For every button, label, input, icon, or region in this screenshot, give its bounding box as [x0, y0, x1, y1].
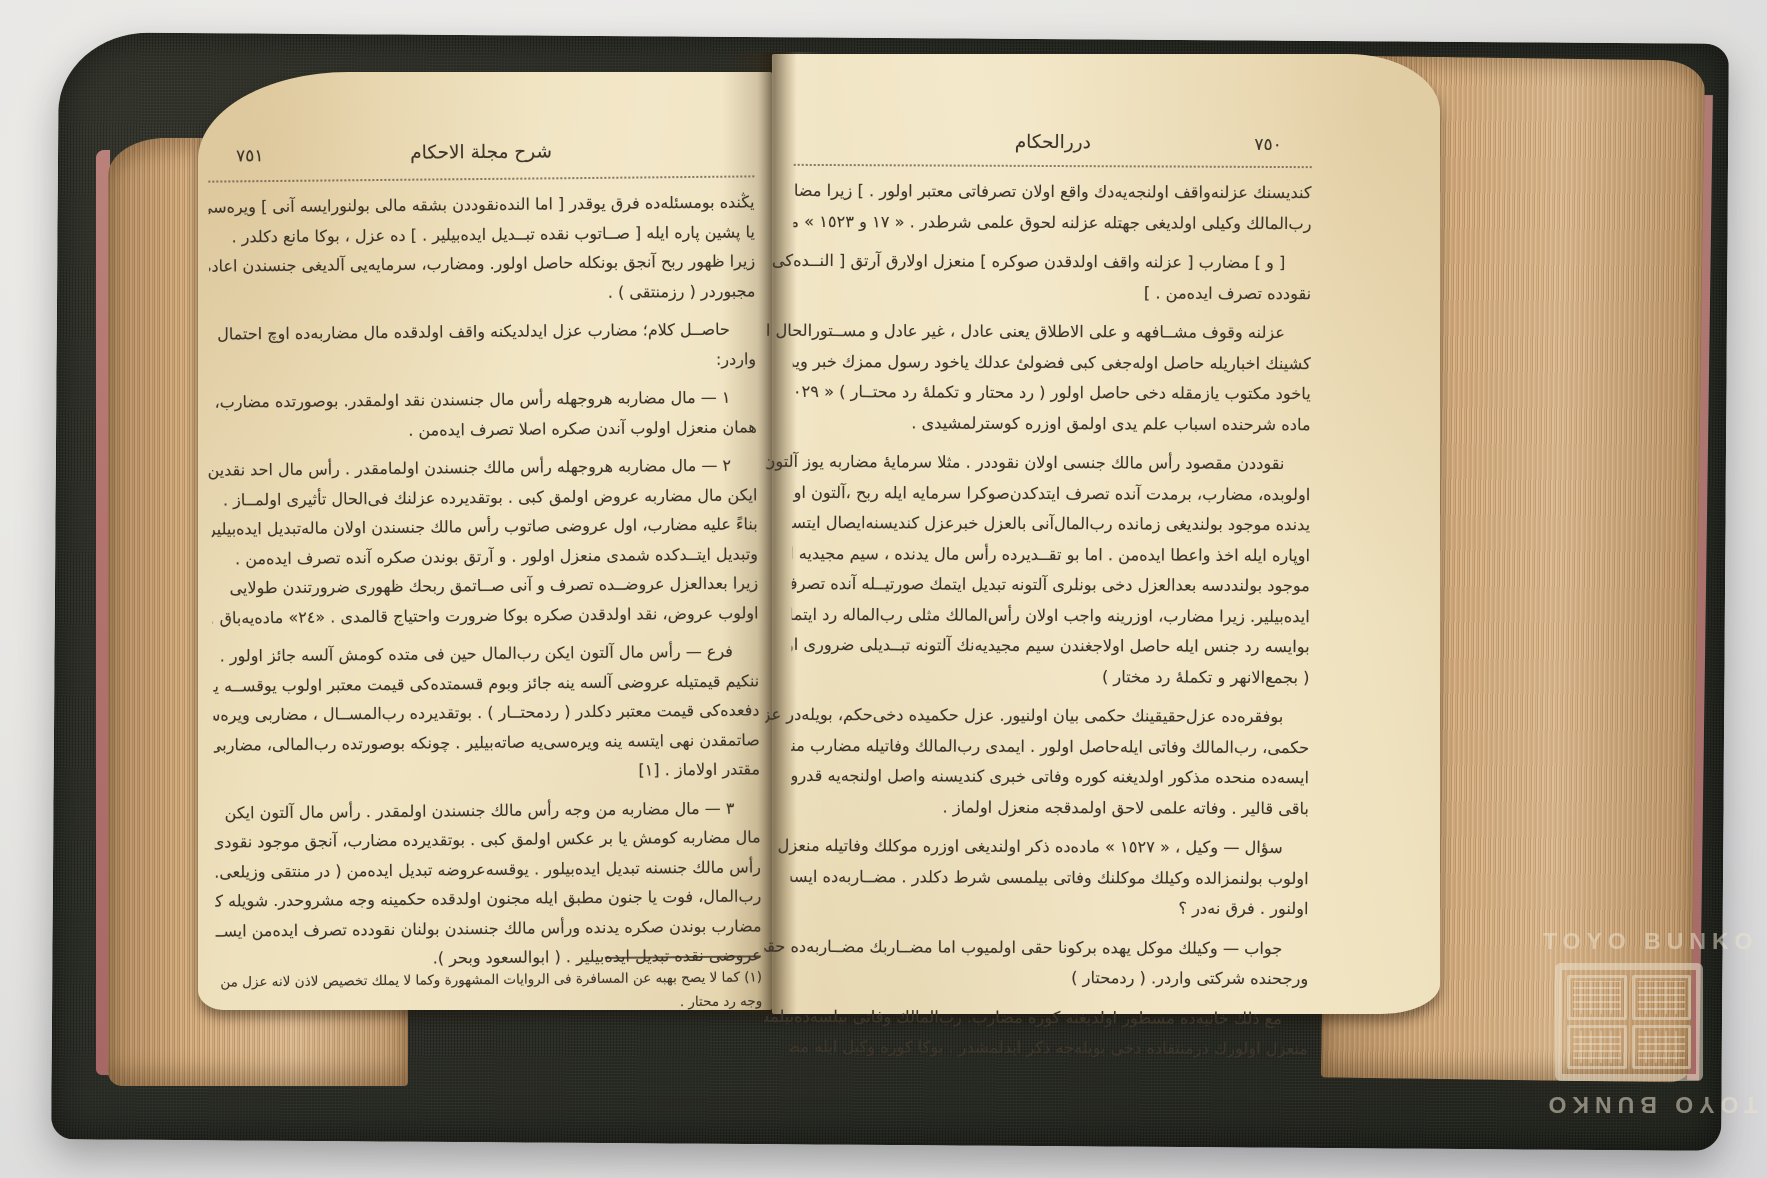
seal-char-3	[1567, 975, 1627, 1020]
right-page-text-line: ياخود مكتوب يازمقله دخى حاصل اولور ( رد …	[793, 377, 1311, 410]
right-page-text-line: اولوب بولنمزالده وكيلك موكلنك وفاتى بيلم…	[791, 861, 1309, 894]
right-page-text-line: جواب — وكيلك موكل يهده بركونا حقى اولميو…	[764, 931, 1308, 964]
left-page-text-line: ١ — مال مضاربه هروجهله رأس مال جنسندن نق…	[184, 382, 756, 417]
right-page-body: كنديسنك عزلنه‌واقف اولنجه‌يه‌دك واقع اول…	[790, 176, 1312, 1065]
right-page-text-line: كشينك اخباريله حاصل اوله‌جغى كبى فضولىٔ …	[793, 346, 1311, 379]
right-page-text-line: ماده شرحنده اسباب علم يدى اولمق اوزره كو…	[793, 407, 1311, 440]
seal-char-1	[1632, 975, 1692, 1020]
left-page-text-line: اولوب عروض، نقد اولدقدن صكره بوكا ضرورت …	[212, 598, 758, 633]
right-page-text-line: ايده‌بيلير. زيرا مضارب، اوزرينه واجب اول…	[792, 599, 1310, 632]
right-page-text-line: عزلنه وقوف مشــافهه و على الاطلاق يعنى ع…	[767, 316, 1311, 349]
right-page-text-line: نقودده تصرف ايده‌من . ]	[793, 276, 1311, 309]
right-page-text-line: اولوبده، مضارب، برمدت آنده تصرف ايتدكدن‌…	[792, 477, 1310, 510]
right-page-text-line: ( بجمع‌الانهر و تكملهٔ رد مختار )	[791, 660, 1309, 693]
seal-char-2	[1632, 1025, 1692, 1070]
left-page-header-title: شرح مجلة الاحكام	[208, 139, 754, 165]
right-page-header: ٧٥٠ دررالحكام	[794, 131, 1312, 159]
left-page-text-line: حاصــل كلام؛ مضارب عزل ايدلديكنه واقف او…	[184, 314, 756, 349]
left-page-text-line: رب‌المال، فوت يا جنون مطبق ايله مجنون او…	[215, 881, 761, 916]
right-page-text-line: مع ذلك خانيه‌ده مسطور اولديغنه كوره مضار…	[764, 1001, 1308, 1034]
toyo-bunko-watermark: TOYO BUNKO TOYO BUNKO	[1543, 928, 1767, 1118]
right-page-text-line: باقى قالير . وفاته علمى لاحق اولمدقجه من…	[791, 791, 1309, 824]
right-page-text-line: اوپاره ايله اخذ واعطا ايده‌من . اما بو ت…	[792, 538, 1310, 571]
left-page-text-line: بناءً عليه مضارب، اول عروضى صاتوب رأس ما…	[212, 509, 758, 544]
left-page-body: يڭنده بومسئله‌ده فرق يوقدر [ اما النده‌ن…	[208, 187, 761, 975]
left-page-footnotes: (١) كما لا يصح بهبه عن المسافرة فى الروا…	[216, 965, 762, 1018]
right-page-text-line: نقوددن مقصود رأس مالك جنسى اولان نقوددر …	[766, 447, 1310, 480]
left-page-text-line: مال مضاربه كومش يا بر عكس اولمق كبى . بو…	[215, 822, 761, 857]
right-page-header-title: دررالحكام	[794, 131, 1312, 154]
seal-char-4	[1567, 1025, 1627, 1070]
left-page-header: ٧٥١ شرح مجلة الاحكام	[208, 139, 754, 170]
right-page-text-line: رب‌المالك وكيلى اولديغى جهتله عزلنه لحوق…	[793, 206, 1311, 239]
right-page-text-line: ورجحنده شركتى واردر. ( ردمحتار )	[790, 962, 1308, 995]
left-page-text-line: زيرا ظهور ربح آنجق بونكله حاصل اولور. وم…	[209, 246, 755, 281]
left-page-text-line: مقتدر اولاماز . [١]	[214, 754, 760, 789]
left-page-text-line: مجبوردر ( رزمنتقى ) .	[209, 276, 755, 311]
left-page-text-line: واردر:	[210, 344, 756, 379]
right-page-text-line: موجود بولنددسه بعدالعزل دخى بونلرى آلتون…	[792, 569, 1310, 602]
right-page-text-line: يدنده موجود بولنديغى زمانده رب‌المال‌آنى…	[792, 508, 1310, 541]
right-page-text-line: بوايسه رد جنس ايله حاصل اولاجغندن سيم مج…	[792, 630, 1310, 663]
left-page-text-line: همان منعزل اولوب آندن صكره اصلا تصرف ايد…	[211, 412, 757, 447]
left-page-text-line: فرع — رأس مال آلتون ايكن رب‌المال حين فى…	[187, 636, 759, 671]
toyo-bunko-seal-icon	[1555, 963, 1703, 1081]
left-page-text-line: يڭنده بومسئله‌ده فرق يوقدر [ اما النده‌ن…	[208, 187, 754, 222]
right-page-text-line: منعزل اولورك درمنتقاده دخى بويله‌جه ذكر …	[790, 1032, 1308, 1065]
right-page-text-line: بوفقره‌ده عزل‌حقيقينك حكمى بيان اولنيور.…	[765, 700, 1309, 733]
right-page-text-line: كنديسنك عزلنه‌واقف اولنجه‌يه‌دك واقع اول…	[794, 176, 1312, 209]
right-page-text-line: اولنور . فرق نه‌در ؟	[790, 892, 1308, 925]
right-page-text-line: حكمى، رب‌المالك وفاتى ايله‌حاصل اولور . …	[791, 730, 1309, 763]
right-page-text-line: ايسه‌ده منحده مذكور اولديغنه كوره وفاتى …	[791, 761, 1309, 794]
left-page-text-line: ٢ — مال مضاربه هروجهله رأس مالك جنسندن ا…	[185, 450, 757, 485]
photo-of-open-book: ٧٥١ شرح مجلة الاحكام يڭنده بومسئله‌ده فر…	[0, 0, 1767, 1178]
watermark-text-bottom: TOYO BUNKO	[1543, 1091, 1758, 1118]
watermark-text-top: TOYO BUNKO	[1543, 928, 1767, 955]
right-page-text-line: سؤال — وكيل ، « ١٥٢٧ » ماده‌ده ذكر اولند…	[765, 831, 1309, 864]
right-page-text-line: [ و ] مضارب [ عزلنه واقف اولدقدن صوكره ]…	[767, 246, 1311, 279]
left-page-text-line: دفعده‌كى قيمت معتبر دكلدر ( ردمحتــار ) …	[213, 695, 759, 730]
left-page-text-line: زيرا بعدالعزل عروضــده تصرف و آنى صــاتم…	[212, 568, 758, 603]
